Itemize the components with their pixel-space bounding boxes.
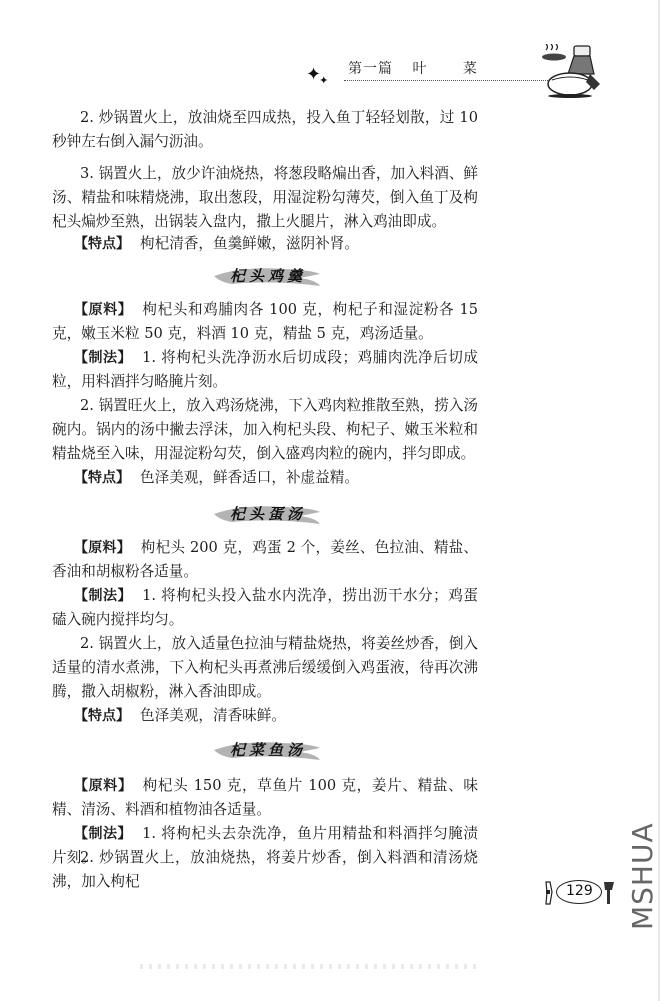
method-step-2: 2. 炒锅置火上，放油烧热，将姜片炒香，倒入料酒和清汤烧沸，加入枸杞 <box>52 846 478 894</box>
feature-paragraph: 【特点】色泽美观，鲜香适口，补虚益精。 <box>52 466 478 490</box>
feature-paragraph: 【特点】色泽美观，清香味鲜。 <box>52 704 478 728</box>
method-paragraph: 【制法】1. 将枸杞头投入盐水内洗净，捞出沥干水分；鸡蛋磕入碗内搅拌均匀。 <box>52 584 478 632</box>
method-step-3: 3. 锅置火上，放少许油烧热，将葱段略煸出香，加入料酒、鲜汤、精盐和味精烧沸，取… <box>52 162 478 234</box>
method-step-2: 2. 锅置旺火上，放入鸡汤烧沸，下入鸡肉粒推散至熟，捞入汤碗内。锅内的汤中撇去浮… <box>52 394 478 466</box>
feature-label: 【特点】 <box>74 470 130 486</box>
method-label: 【制法】 <box>74 350 132 366</box>
recipe-title: 杞头鸡羹 <box>230 265 306 286</box>
recipe-title: 杞菜鱼汤 <box>230 739 306 760</box>
recipe-title-banner: 杞头鸡羹 <box>212 262 322 292</box>
watermark: MSHUA <box>626 790 659 930</box>
feature-label: 【特点】 <box>74 236 130 252</box>
method-paragraph: 【制法】1. 将枸杞头洗净沥水后切成段；鸡脯肉洗净后切成粒，用料酒拌匀略腌片刻。 <box>52 346 478 394</box>
page-number-badge: 129 <box>540 878 618 906</box>
ingredients-paragraph: 【原料】枸杞头 150 克，草鱼片 100 克，姜片、精盐、味精、清汤、料酒和植… <box>52 774 478 822</box>
page-number: 129 <box>566 883 593 899</box>
scan-artifact <box>140 964 480 969</box>
section-char-a: 叶 <box>412 61 427 77</box>
feature-text: 枸杞清香，鱼羹鲜嫩，滋阴补肾。 <box>140 235 359 252</box>
method-label: 【制法】 <box>74 826 132 842</box>
running-header: ✦✦ 第一篇 叶 菜 <box>300 48 600 98</box>
sparkle-stars-icon: ✦✦ <box>306 66 330 84</box>
section-char-b: 菜 <box>463 61 478 77</box>
feature-text: 色泽美观，清香味鲜。 <box>140 707 286 724</box>
feature-label: 【特点】 <box>74 708 130 724</box>
ingredients-paragraph: 【原料】枸杞头 200 克，鸡蛋 2 个，姜丝、色拉油、精盐、香油和胡椒粉各适量… <box>52 536 478 584</box>
feature-text: 色泽美观，鲜香适口，补虚益精。 <box>140 469 359 486</box>
recipe-title-banner: 杞头蛋汤 <box>212 500 322 530</box>
chef-illustration-icon <box>540 44 610 100</box>
recipe-title: 杞头蛋汤 <box>230 503 306 524</box>
ingredients-label: 【原料】 <box>74 302 132 318</box>
chapter-title: 第一篇 叶 菜 <box>348 58 492 78</box>
method-step-2: 2. 炒锅置火上，放油烧至四成热，投入鱼丁轻轻划散，过 10 秒钟左右倒入漏勺沥… <box>52 106 478 154</box>
recipe-title-banner: 杞菜鱼汤 <box>212 736 322 766</box>
book-page: ✦✦ 第一篇 叶 菜 2. 炒锅置火上，放油烧至四成热，投入鱼丁轻轻划散，过 1… <box>0 0 664 1001</box>
dotted-rule <box>344 80 548 81</box>
method-label: 【制法】 <box>74 588 132 604</box>
ingredients-label: 【原料】 <box>74 540 131 556</box>
method-step-2: 2. 锅置火上，放入适量色拉油与精盐烧热，将姜丝炒香，倒入适量的清水煮沸，下入枸… <box>52 632 478 704</box>
ingredients-label: 【原料】 <box>74 778 133 794</box>
ingredients-paragraph: 【原料】枸杞头和鸡脯肉各 100 克，枸杞子和湿淀粉各 15 克，嫩玉米粒 50… <box>52 298 478 346</box>
feature-paragraph: 【特点】枸杞清香，鱼羹鲜嫩，滋阴补肾。 <box>52 232 478 256</box>
chapter-label: 第一篇 <box>348 61 393 77</box>
